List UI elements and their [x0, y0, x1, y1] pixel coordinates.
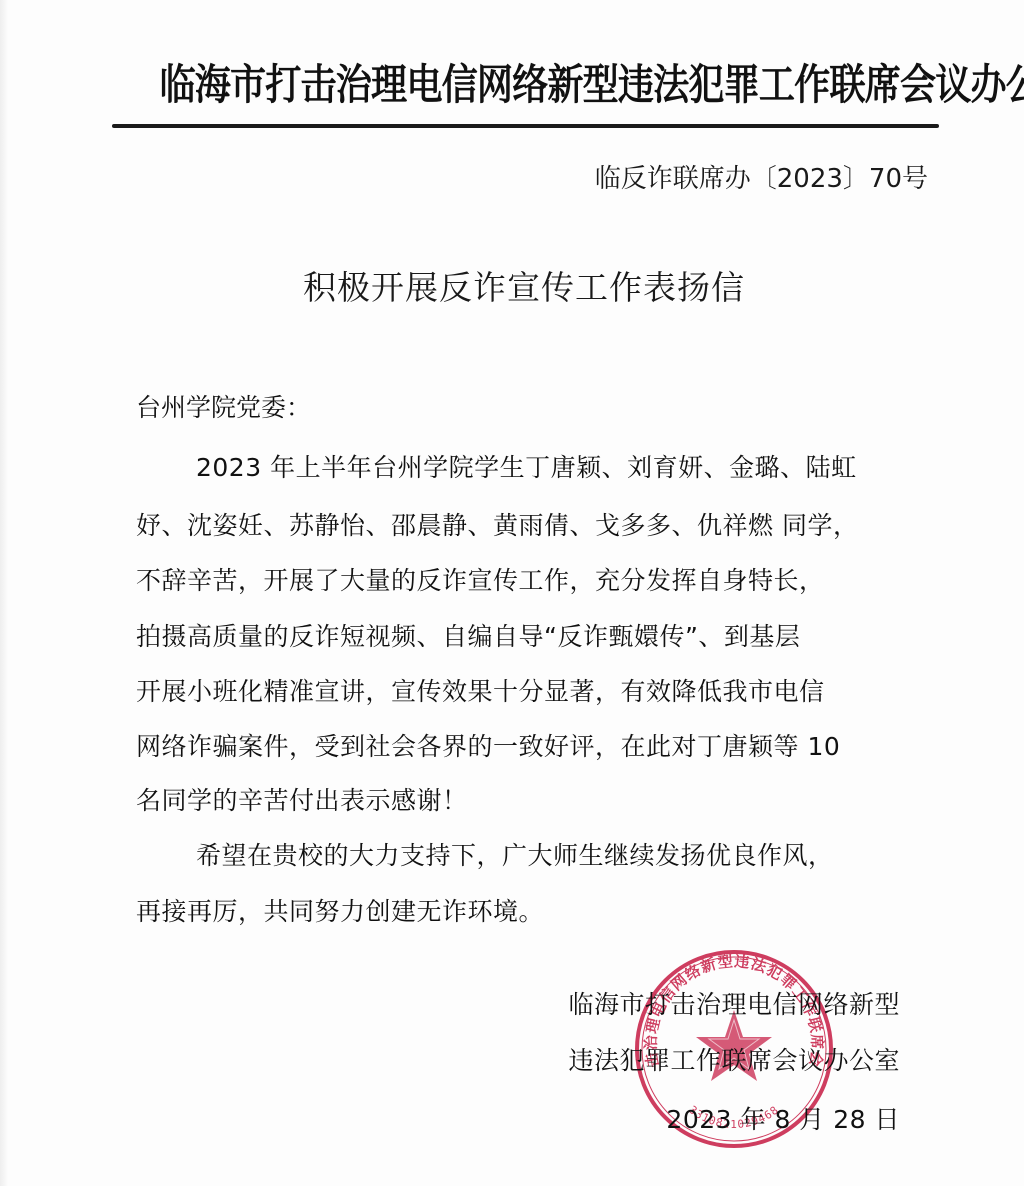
body-line: 妤、沈姿妊、苏静怡、邵晨静、黄雨倩、戈多多、仇祥燃 同学，	[136, 506, 858, 542]
body-line: 2023 年上半年台州学院学生丁唐颖、刘育妍、金璐、陆虹	[196, 448, 857, 484]
scan-edge-shadow	[0, 0, 8, 1186]
masthead-title: 临海市打击治理电信网络新型违法犯罪工作联席会议办公室	[160, 52, 891, 112]
body-line: 网络诈骗案件，受到社会各界的一致好评，在此对丁唐颖等 10	[136, 727, 840, 763]
body-line: 再接再厉，共同努力创建无诈环境。	[136, 892, 544, 928]
body-line: 拍摄高质量的反诈短视频、自编自导“反诈甄嬛传”、到基层	[136, 617, 800, 653]
document-page: 临海市打击治理电信网络新型违法犯罪工作联席会议办公室 临反诈联席办〔2023〕7…	[0, 0, 1024, 1186]
document-title: 积极开展反诈宣传工作表扬信	[0, 262, 1024, 309]
salutation: 台州学院党委：	[136, 388, 311, 424]
signature-date: 2023 年 8 月 28 日	[666, 1100, 900, 1136]
body-line: 开展小班化精准宣讲，宣传效果十分显著，有效降低我市电信	[136, 672, 825, 708]
body-line: 名同学的辛苦付出表示感谢！	[136, 781, 468, 817]
body-line: 希望在贵校的大力支持下，广大师生继续发扬优良作风，	[196, 836, 834, 872]
signature-org-line2: 违法犯罪工作联席会议办公室	[568, 1041, 900, 1077]
masthead-rule	[112, 124, 939, 128]
signature-org-line1: 临海市打击治理电信网络新型	[568, 985, 900, 1021]
body-line: 不辞辛苦，开展了大量的反诈宣传工作，充分发挥自身特长，	[136, 561, 825, 597]
document-number: 临反诈联席办〔2023〕70号	[595, 158, 928, 195]
